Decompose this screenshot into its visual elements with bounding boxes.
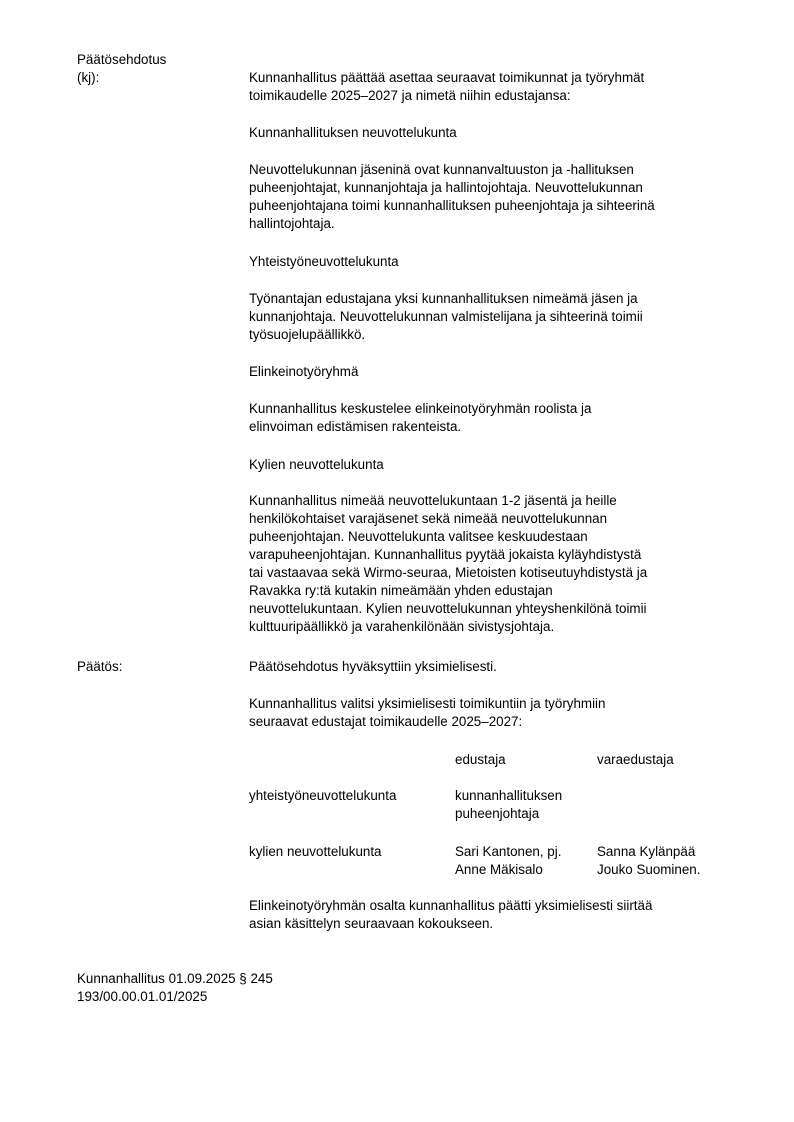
- text-line: puheenjohtajan. Neuvottelukunta valitsee…: [249, 528, 647, 546]
- text-line: Elinkeinotyöryhmän osalta kunnanhallitus…: [249, 897, 652, 915]
- text-line: Jouko Suominen.: [597, 861, 700, 879]
- text-line: neuvottelukuntaan. Kylien neuvottelukunn…: [249, 600, 647, 618]
- decision-label: Päätös:: [77, 658, 122, 676]
- record-number: 193/00.00.01.01/2025: [77, 988, 273, 1006]
- section-body: Työnantajan edustajana yksi kunnanhallit…: [249, 290, 643, 344]
- text-line: varapuheenjohtajan. Kunnanhallitus pyytä…: [249, 546, 647, 564]
- text-line: Sanna Kylänpää: [597, 843, 700, 861]
- text-line: elinvoiman edistämisen rakenteista.: [249, 418, 591, 436]
- meeting-reference: Kunnanhallitus 01.09.2025 § 245 193/00.0…: [77, 970, 273, 1006]
- text-line: tai vastaavaa sekä Wirmo-seuraa, Mietois…: [249, 564, 647, 582]
- text-line: Anne Mäkisalo: [455, 861, 561, 879]
- text-line: Sari Kantonen, pj.: [455, 843, 561, 861]
- text-line: Neuvottelukunnan jäseninä ovat kunnanval…: [249, 161, 655, 179]
- proposal-intro: Kunnanhallitus päättää asettaa seuraavat…: [249, 69, 644, 105]
- section-body: Kunnanhallitus keskustelee elinkeinotyör…: [249, 400, 591, 436]
- text-line: Työnantajan edustajana yksi kunnanhallit…: [249, 290, 643, 308]
- section-body: Kunnanhallitus nimeää neuvottelukuntaan …: [249, 492, 647, 636]
- section-heading: Kylien neuvottelukunta: [249, 456, 384, 474]
- text-line: seuraavat edustajat toimikaudelle 2025–2…: [249, 713, 605, 731]
- text-line: Kunnanhallitus nimeää neuvottelukuntaan …: [249, 492, 647, 510]
- proposal-label-kj: (kj):: [77, 69, 99, 87]
- text-line: asian käsittelyn seuraavaan kokoukseen.: [249, 915, 652, 933]
- text-line: Ravakka ry:tä kutakin nimeämään yhden ed…: [249, 582, 647, 600]
- table-header-varaedustaja: varaedustaja: [597, 751, 674, 769]
- text-line: kunnanhallituksen: [455, 787, 562, 805]
- text-line: henkilökohtaiset varajäsenet sekä nimeää…: [249, 510, 647, 528]
- text-line: puheenjohtajana toimi kunnanhallituksen …: [249, 197, 655, 215]
- table-cell-body: kylien neuvottelukunta: [249, 843, 382, 861]
- text-line: työsuojelupäällikkö.: [249, 326, 643, 344]
- text-line: toimikaudelle 2025–2027 ja nimetä niihin…: [249, 87, 644, 105]
- meeting-date-section: Kunnanhallitus 01.09.2025 § 245: [77, 970, 273, 988]
- table-cell-edustaja: Sari Kantonen, pj. Anne Mäkisalo: [455, 843, 561, 879]
- text-line: kunnanjohtaja. Neuvottelukunnan valmiste…: [249, 308, 643, 326]
- text-line: kulttuuripäällikkö ja varahenkilönään si…: [249, 618, 647, 636]
- text-line: puheenjohtaja: [455, 805, 562, 823]
- section-heading: Elinkeinotyöryhmä: [249, 363, 358, 381]
- text-line: Kunnanhallitus keskustelee elinkeinotyör…: [249, 400, 591, 418]
- text-line: Kunnanhallitus päättää asettaa seuraavat…: [249, 69, 644, 87]
- text-line: puheenjohtajat, kunnanjohtaja ja hallint…: [249, 179, 655, 197]
- table-cell-edustaja: kunnanhallituksen puheenjohtaja: [455, 787, 562, 823]
- section-heading: Kunnanhallituksen neuvottelukunta: [249, 124, 457, 142]
- decision-postponed: Elinkeinotyöryhmän osalta kunnanhallitus…: [249, 897, 652, 933]
- decision-chosen: Kunnanhallitus valitsi yksimielisesti to…: [249, 695, 605, 731]
- decision-approved: Päätösehdotus hyväksyttiin yksimielisest…: [249, 658, 497, 676]
- table-header-edustaja: edustaja: [455, 751, 506, 769]
- text-line: hallintojohtaja.: [249, 215, 655, 233]
- section-body: Neuvottelukunnan jäseninä ovat kunnanval…: [249, 161, 655, 233]
- table-cell-body: yhteistyöneuvottelukunta: [249, 787, 396, 805]
- table-cell-varaedustaja: Sanna Kylänpää Jouko Suominen.: [597, 843, 700, 879]
- section-heading: Yhteistyöneuvottelukunta: [249, 253, 399, 271]
- text-line: Kunnanhallitus valitsi yksimielisesti to…: [249, 695, 605, 713]
- proposal-label: Päätösehdotus: [77, 51, 166, 69]
